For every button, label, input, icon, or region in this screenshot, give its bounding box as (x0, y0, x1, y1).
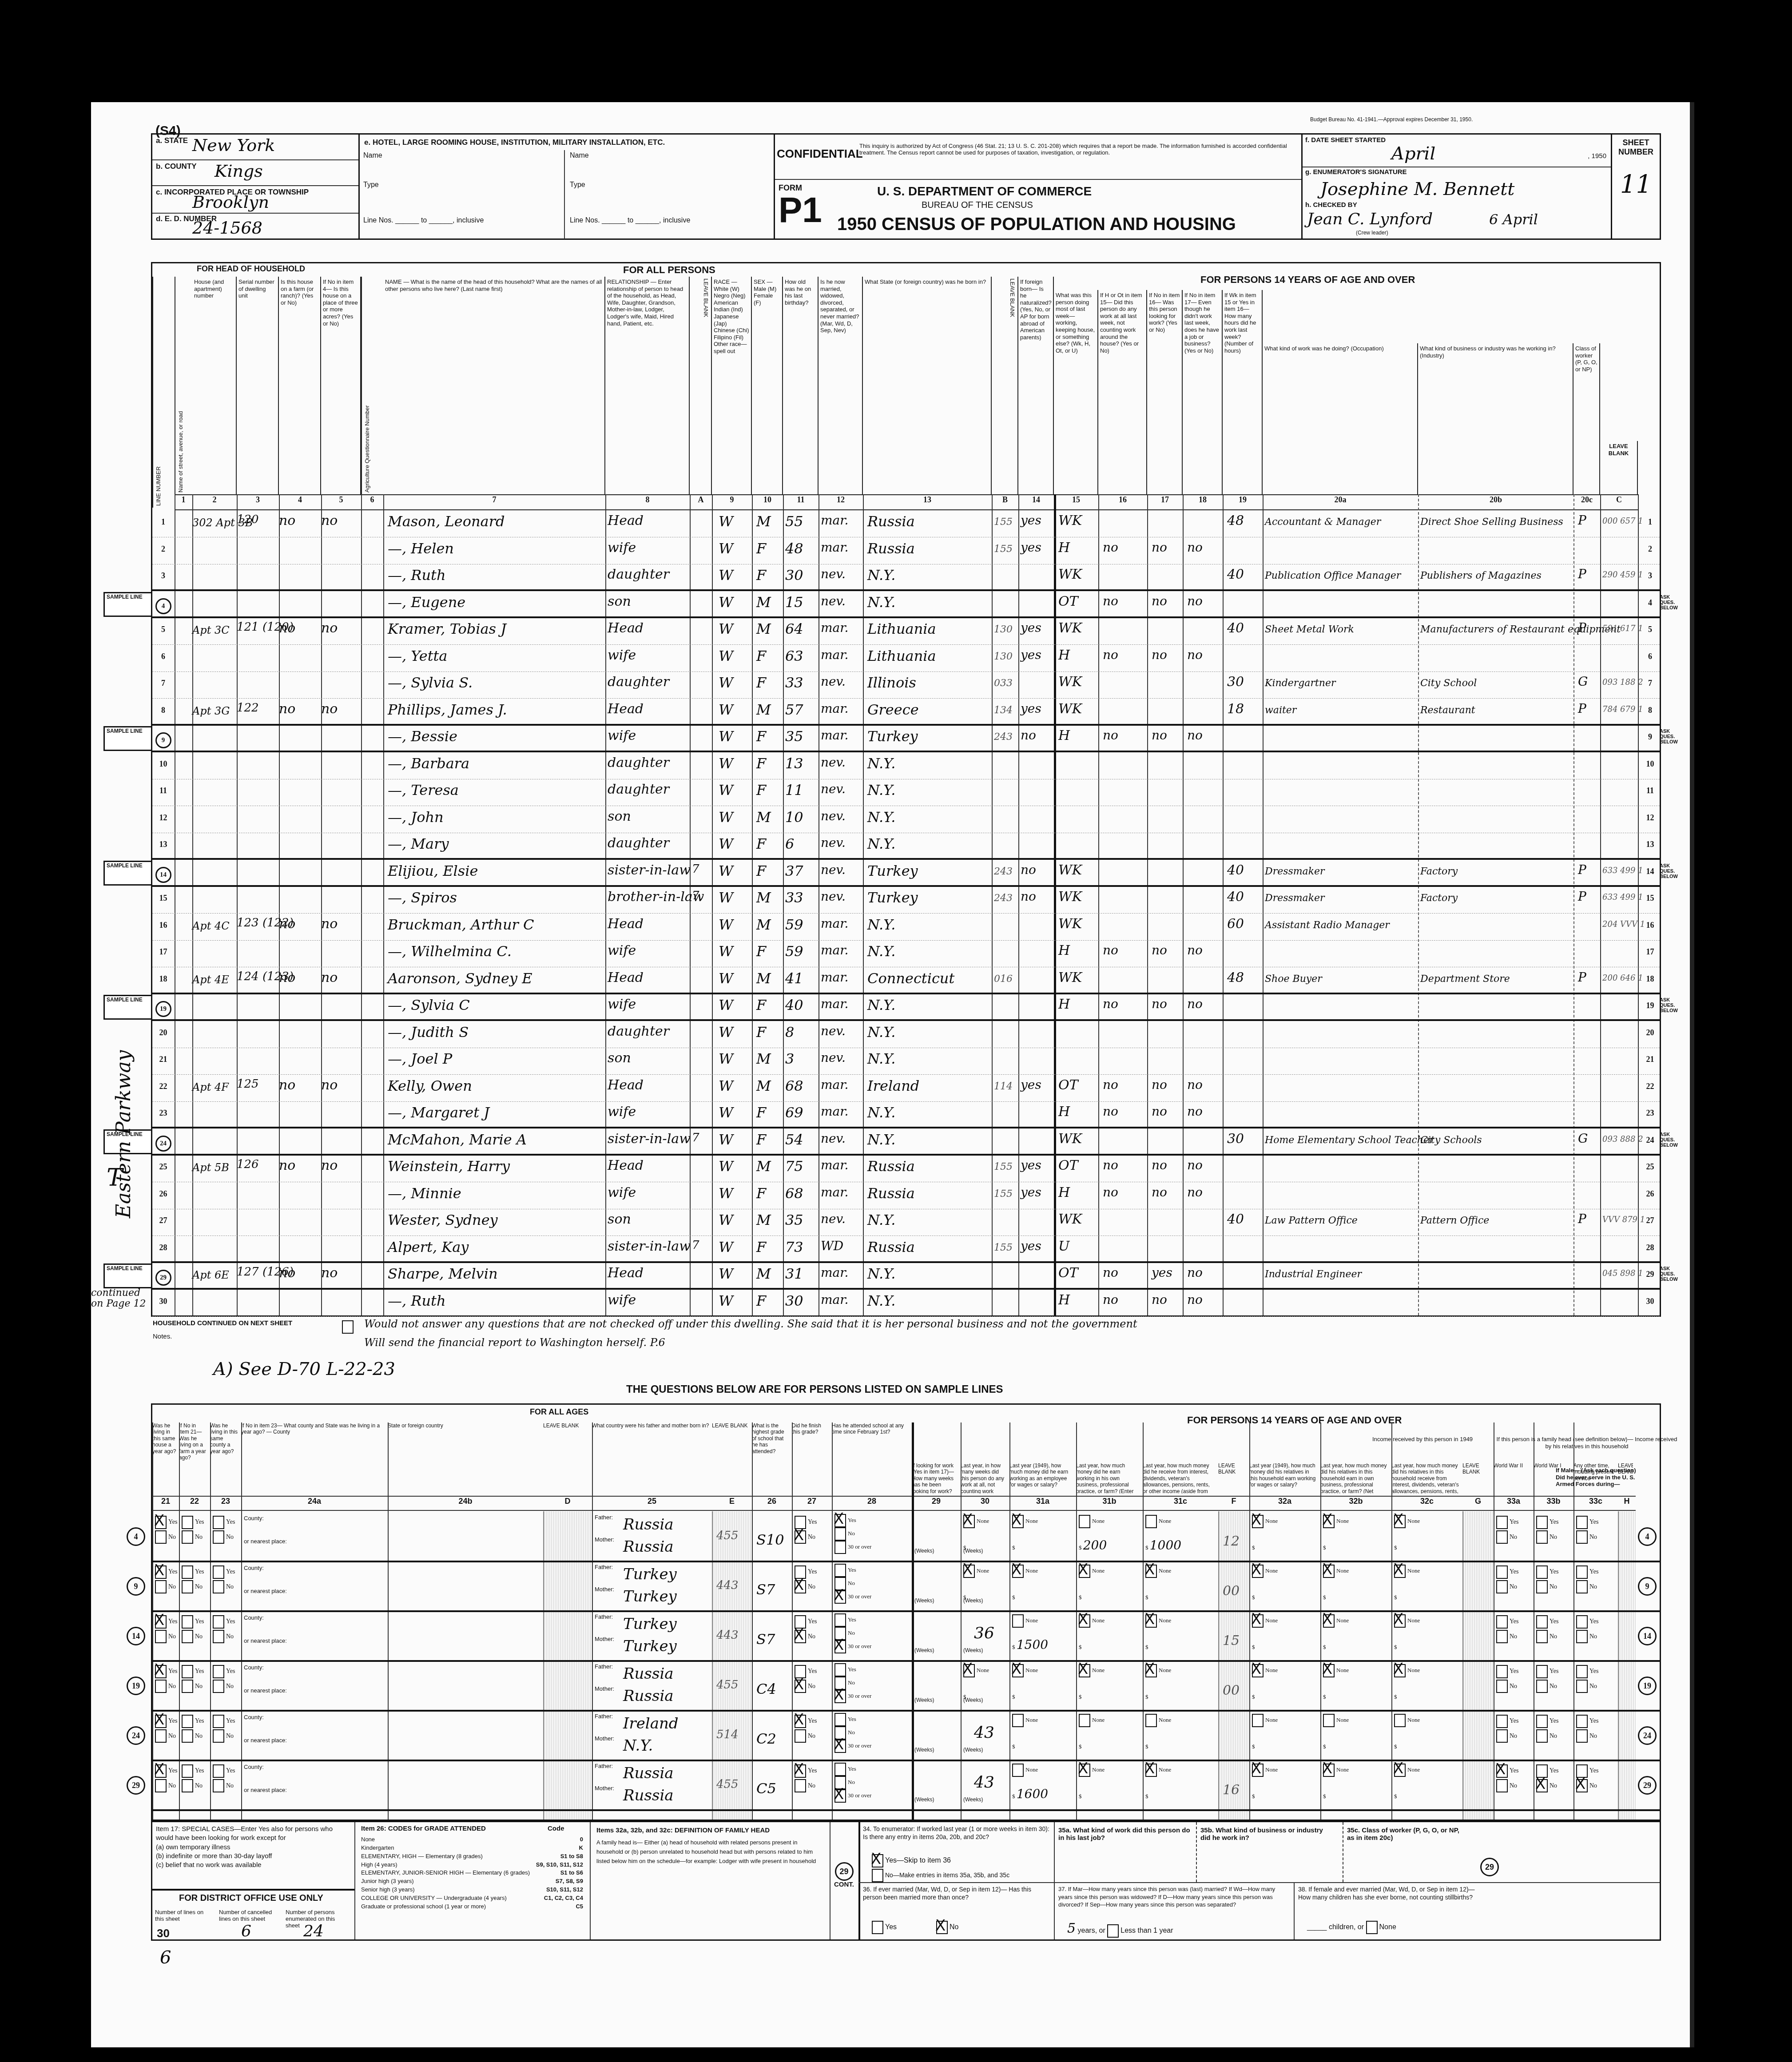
q23-no-checkbox[interactable] (213, 1779, 224, 1792)
q28-30-checkbox[interactable] (834, 1590, 846, 1604)
q21-no-checkbox[interactable] (155, 1779, 167, 1792)
q34-no-label: No—Make entries in items 35a, 35b, and 3… (885, 1871, 1009, 1879)
ask-questions-below: ASK QUES. BELOW (1660, 595, 1686, 611)
cell-sex: M (756, 1077, 771, 1094)
cell-b: 130 (994, 651, 1013, 662)
q33c: YesNo (1576, 1714, 1598, 1744)
q28-30-checkbox[interactable] (834, 1740, 846, 1753)
cell-age: 41 (785, 970, 803, 987)
cell-q16: no (1103, 1158, 1118, 1172)
q23-no-checkbox[interactable] (213, 1630, 224, 1643)
cell-q18: no (1187, 997, 1203, 1011)
nearest-place-label: or nearest place: (244, 1588, 287, 1594)
q21-yes-checkbox[interactable] (155, 1615, 167, 1629)
q27-no-checkbox[interactable] (795, 1680, 806, 1693)
q31a-none-checkbox[interactable] (1012, 1664, 1024, 1677)
q28-yes-checkbox[interactable] (834, 1663, 846, 1677)
nearest-place-label: or nearest place: (244, 1737, 287, 1744)
item17-a: (a) own temporary illness (156, 1843, 351, 1852)
no-label: No (1550, 1534, 1557, 1541)
q32b-none-checkbox[interactable] (1323, 1614, 1335, 1628)
grade-attended: C5 (756, 1780, 776, 1797)
q32a: None$ (1252, 1614, 1278, 1652)
none-label: None (1407, 1667, 1420, 1673)
q31c-none-checkbox[interactable] (1145, 1614, 1157, 1628)
q32b-none-checkbox[interactable] (1323, 1764, 1335, 1777)
q32c-none-checkbox[interactable] (1394, 1664, 1406, 1677)
margin-six: 6 (160, 1947, 171, 1968)
q33a-no-checkbox[interactable] (1496, 1680, 1508, 1693)
q31b: None$ 200 (1079, 1515, 1107, 1553)
none-label: None (1092, 1667, 1105, 1673)
q31a-none-checkbox[interactable] (1012, 1614, 1024, 1628)
sample-line-circle: 4 (127, 1527, 145, 1546)
q33c-yes-checkbox[interactable] (1576, 1565, 1588, 1579)
q27: YesNo (795, 1614, 817, 1644)
cell-sex: F (756, 1131, 766, 1148)
q32b-none-checkbox[interactable] (1323, 1664, 1335, 1677)
q33a-yes-checkbox[interactable] (1496, 1565, 1508, 1579)
q22-yes-checkbox[interactable] (182, 1665, 193, 1678)
sample-line-circle-right: 24 (1638, 1726, 1657, 1745)
q33a-yes-checkbox[interactable] (1496, 1516, 1508, 1529)
cell-hours: 48 (1227, 513, 1244, 528)
state-value: New York (192, 135, 275, 155)
q32a-none-checkbox[interactable] (1252, 1764, 1264, 1777)
yes-label: Yes (808, 1718, 817, 1724)
q32c: None$ (1394, 1565, 1420, 1602)
q31b-none-checkbox[interactable] (1079, 1764, 1090, 1777)
q32c-none-checkbox[interactable] (1394, 1515, 1406, 1528)
yes-label: Yes (195, 1569, 204, 1575)
sample-col-header-33a: World War II (1494, 1462, 1531, 1494)
mother-birthplace: N.Y. (623, 1737, 653, 1755)
q32a-none-checkbox[interactable] (1252, 1664, 1264, 1677)
cell-hours: 48 (1227, 970, 1244, 985)
line-number: 17 (153, 947, 173, 957)
cell-occupation: Publication Office Manager (1265, 570, 1401, 581)
col-15-header: What was this person doing most of last … (1054, 290, 1098, 494)
no-label: No (226, 1733, 234, 1740)
q31c-none-checkbox[interactable] (1145, 1714, 1157, 1727)
colnum-5: 5 (321, 494, 361, 510)
sample-section-title: THE QUESTIONS BELOW ARE FOR PERSONS LIST… (626, 1383, 1003, 1396)
q32b-none-checkbox[interactable] (1323, 1565, 1335, 1578)
cell-marital: WD (821, 1239, 843, 1253)
sample-col-header-32a: Last year (1949), how much money did his… (1249, 1462, 1318, 1494)
cell-race: W (719, 728, 733, 745)
line-number: 23 (153, 1108, 173, 1118)
q31b-none-checkbox[interactable] (1079, 1515, 1090, 1528)
cell-house: Apt 4E (192, 973, 229, 986)
q33c-yes-checkbox[interactable] (1576, 1516, 1588, 1529)
q32b-none-checkbox[interactable] (1323, 1515, 1335, 1528)
col-7-header: NAME — What is the name of the head of t… (383, 277, 605, 494)
cell-sex: F (756, 1239, 766, 1255)
q33b-yes-checkbox[interactable] (1536, 1565, 1548, 1579)
yes-label: Yes (1550, 1768, 1558, 1774)
q33a-yes-checkbox[interactable] (1496, 1615, 1508, 1629)
q31c-none-checkbox[interactable] (1145, 1515, 1157, 1528)
sample-colnum-26: 26 (752, 1496, 792, 1511)
cell-activity: WK (1058, 1131, 1082, 1147)
q32c-none-checkbox[interactable] (1394, 1714, 1406, 1727)
q28-30-checkbox[interactable] (834, 1690, 846, 1703)
q28-30-checkbox[interactable] (834, 1541, 846, 1554)
q22-no-checkbox[interactable] (182, 1580, 193, 1593)
q33b: YesNo (1536, 1714, 1558, 1744)
yes-label: Yes (1589, 1668, 1598, 1675)
q32a-none-checkbox[interactable] (1252, 1614, 1264, 1628)
q22-no-checkbox[interactable] (182, 1680, 193, 1693)
q31b-none-checkbox[interactable] (1079, 1565, 1090, 1578)
cell-q16: no (1103, 1104, 1118, 1119)
q21-yes-checkbox[interactable] (155, 1665, 167, 1678)
q22-yes-checkbox[interactable] (182, 1764, 193, 1778)
sample-col-header-22: If No in item 21— Was he living on a far… (179, 1422, 207, 1494)
yes-label: Yes (195, 1768, 204, 1774)
q22-no-checkbox[interactable] (182, 1779, 193, 1792)
cont-marker: 29 CONT. (834, 1862, 854, 1888)
q27-no-checkbox[interactable] (795, 1530, 806, 1544)
q23-yes-checkbox[interactable] (213, 1615, 224, 1629)
yes-label: Yes (226, 1618, 235, 1625)
cell-marital: nev. (821, 809, 846, 823)
q22-yes-checkbox[interactable] (182, 1565, 193, 1579)
q22-yes-checkbox[interactable] (182, 1715, 193, 1728)
q28-yes-checkbox[interactable] (834, 1514, 846, 1527)
line-number: 11 (153, 786, 173, 795)
budget-bureau-note: Budget Bureau No. 41-1941.—Approval expi… (1310, 116, 1473, 123)
cell-marital: nev. (821, 1050, 846, 1065)
sample-colnum-32b: 32b (1320, 1496, 1391, 1511)
q33a-no-checkbox[interactable] (1496, 1530, 1508, 1544)
q33c-yes-checkbox[interactable] (1576, 1715, 1588, 1728)
q27-no-checkbox[interactable] (795, 1729, 806, 1743)
nearest-place-label: or nearest place: (244, 1787, 287, 1793)
q31c-none-checkbox[interactable] (1145, 1764, 1157, 1777)
cell-sex: F (756, 674, 766, 691)
mother-birthplace: Turkey (623, 1588, 677, 1605)
q33c-no-checkbox[interactable] (1576, 1729, 1588, 1743)
q35b-text: 35b. What kind of business or industry d… (1200, 1827, 1334, 1842)
q33a-no-checkbox[interactable] (1496, 1779, 1508, 1792)
sample-line-circle: 19 (127, 1677, 145, 1695)
cell-name: —, Ruth (388, 1292, 446, 1309)
cell-rel: Head (608, 620, 644, 636)
q21-no-checkbox[interactable] (155, 1530, 167, 1544)
q33b: YesNo (1536, 1764, 1558, 1793)
cell-sex: F (756, 648, 766, 664)
none-label: None (1025, 1667, 1038, 1673)
q31a-none-checkbox[interactable] (1012, 1714, 1024, 1727)
q33c-no-checkbox[interactable] (1576, 1630, 1588, 1643)
dollar-sign: $ (1145, 1693, 1148, 1700)
q33b-yes-checkbox[interactable] (1536, 1665, 1548, 1678)
line-number: 10 (153, 759, 173, 769)
col-3-header: Serial number of dwelling unit (237, 277, 279, 494)
q36-yes-checkbox[interactable] (872, 1921, 883, 1934)
q21-no-checkbox[interactable] (155, 1729, 167, 1743)
q33b-yes-checkbox[interactable] (1536, 1715, 1548, 1728)
person-row: 1414SAMPLE LINEASK QUES. BELOWElijiou, E… (152, 860, 1660, 887)
cell-class: P (1578, 513, 1586, 528)
cell-age: 55 (785, 513, 803, 530)
q33a-yes-checkbox[interactable] (1496, 1665, 1508, 1678)
father-birthplace: Russia (623, 1764, 674, 1782)
cell-nat: yes (1021, 1077, 1041, 1092)
cell-class: P (1578, 1212, 1586, 1226)
code-e: 455 (716, 1778, 739, 1791)
q21-yes-checkbox[interactable] (155, 1516, 167, 1529)
q33b-no-checkbox[interactable] (1536, 1630, 1548, 1643)
dollar-sign: $ (1323, 1644, 1326, 1650)
cell-activity: OT (1058, 594, 1078, 609)
yes-label: Yes (226, 1519, 235, 1526)
sample-colnum-28: 28 (832, 1496, 912, 1511)
q33c-yes-checkbox[interactable] (1576, 1665, 1588, 1678)
q23-yes-checkbox[interactable] (213, 1665, 224, 1678)
cell-race: W (719, 1185, 733, 1202)
county-label: County: (244, 1714, 264, 1720)
q33c-no-checkbox[interactable] (1576, 1779, 1588, 1792)
cell-class: P (1578, 701, 1586, 716)
inst-name-label-1: Name (363, 152, 382, 160)
none-label: None (1407, 1518, 1420, 1524)
grade-attended: C2 (756, 1730, 776, 1747)
q31a-none-checkbox[interactable] (1012, 1515, 1024, 1528)
q27-yes-checkbox[interactable] (795, 1764, 806, 1778)
dollar-sign: $ (1145, 1743, 1148, 1750)
cell-c: 591 617 1 (1602, 624, 1640, 633)
q31c: None$ (1145, 1764, 1171, 1801)
q31a-none-checkbox[interactable] (1012, 1565, 1024, 1578)
q34-yes-checkbox[interactable] (872, 1854, 883, 1867)
q32b-none-checkbox[interactable] (1323, 1714, 1335, 1727)
q33a-yes-checkbox[interactable] (1496, 1715, 1508, 1728)
yes-label: Yes (195, 1519, 204, 1526)
q33c-no-checkbox[interactable] (1576, 1580, 1588, 1593)
yes-label: Yes (808, 1768, 817, 1774)
cell-name: —, Barbara (388, 755, 469, 772)
q37-less-checkbox[interactable] (1107, 1924, 1119, 1938)
cell-q18: no (1187, 1158, 1203, 1172)
q28-yes-checkbox[interactable] (834, 1713, 846, 1726)
q23-no-checkbox[interactable] (213, 1680, 224, 1693)
q22: YesNo (182, 1614, 204, 1644)
mother-birthplace: Turkey (623, 1637, 677, 1655)
q32c-none-checkbox[interactable] (1394, 1614, 1406, 1628)
cell-hours: 40 (1227, 620, 1244, 636)
q23-yes-checkbox[interactable] (213, 1565, 224, 1579)
q33a-no-checkbox[interactable] (1496, 1729, 1508, 1743)
q33c-no-checkbox[interactable] (1576, 1530, 1588, 1544)
q21-no-checkbox[interactable] (155, 1680, 167, 1693)
q32c-none-checkbox[interactable] (1394, 1764, 1406, 1777)
q32c: None$ (1394, 1714, 1420, 1752)
mother-birthplace: Russia (623, 1787, 674, 1804)
grade-code-label: High (4 years) (361, 1861, 397, 1869)
q33a-no-checkbox[interactable] (1496, 1580, 1508, 1593)
q28-no-checkbox[interactable] (834, 1527, 846, 1541)
cell-b: 016 (994, 973, 1013, 985)
q33c: YesNo (1576, 1565, 1598, 1594)
q23-yes-checkbox[interactable] (213, 1764, 224, 1778)
county-label: County: (244, 1764, 264, 1770)
cell-name: —, Judith S (388, 1024, 469, 1041)
cell-q17: no (1152, 1077, 1167, 1092)
household-continued-checkbox[interactable] (342, 1320, 354, 1334)
q33b-no-checkbox[interactable] (1536, 1729, 1548, 1743)
q31b-none-checkbox[interactable] (1079, 1664, 1090, 1677)
q22-yes-checkbox[interactable] (182, 1615, 193, 1629)
q31b-none-checkbox[interactable] (1079, 1714, 1090, 1727)
q21-yes-checkbox[interactable] (155, 1764, 167, 1778)
q33a-no-checkbox[interactable] (1496, 1630, 1508, 1643)
q23-yes-checkbox[interactable] (213, 1516, 224, 1529)
q32c-none-checkbox[interactable] (1394, 1565, 1406, 1578)
q27-no-checkbox[interactable] (795, 1580, 806, 1593)
q23-yes-checkbox[interactable] (213, 1715, 224, 1728)
q30: None$ (963, 1664, 989, 1702)
q36-no-checkbox[interactable] (936, 1921, 948, 1934)
person-row: 22—, HelenwifeWF48mar.Russia155yesHnonon… (152, 537, 1660, 564)
father-label: Father: (595, 1613, 613, 1620)
q31c-none-checkbox[interactable] (1145, 1565, 1157, 1578)
line-number-right: 15 (1640, 894, 1660, 903)
cell-name: —, Sylvia S. (388, 674, 473, 691)
q33b-yes-checkbox[interactable] (1536, 1615, 1548, 1629)
cell-sex: F (756, 728, 766, 745)
q23-no-checkbox[interactable] (213, 1530, 224, 1544)
q34-no-row: No—Make entries in items 35a, 35b, and 3… (872, 1869, 1009, 1882)
q28-yes-checkbox[interactable] (834, 1613, 846, 1627)
q28-30-checkbox[interactable] (834, 1789, 846, 1803)
sample-colnum-33a: 33a (1494, 1496, 1534, 1511)
q31b: None$ (1079, 1565, 1105, 1602)
cell-house: Apt 3G (192, 705, 230, 717)
q33b-no-checkbox[interactable] (1536, 1779, 1548, 1792)
sample-colnum-32a: 32a (1249, 1496, 1320, 1511)
q21-yes-checkbox[interactable] (155, 1715, 167, 1728)
dollar-sign: $ (1079, 1544, 1082, 1551)
q22: YesNo (182, 1664, 204, 1694)
cell-q16: no (1103, 1265, 1118, 1280)
q31c-none-checkbox[interactable] (1145, 1664, 1157, 1677)
q33b-yes-checkbox[interactable] (1536, 1516, 1548, 1529)
cell-class: G (1578, 674, 1588, 689)
q23-no-checkbox[interactable] (213, 1729, 224, 1743)
q21-no-checkbox[interactable] (155, 1580, 167, 1593)
q22-no-checkbox[interactable] (182, 1630, 193, 1643)
no-label: No (808, 1633, 815, 1640)
dollar-sign: $ (1012, 1693, 1015, 1700)
q33b-no-checkbox[interactable] (1536, 1580, 1548, 1593)
q27-yes-checkbox[interactable] (795, 1715, 806, 1728)
col-6-header: Agriculture Questionnaire Number (361, 277, 383, 494)
cell-class: G (1578, 1131, 1588, 1146)
cell-birthplace: N.Y. (867, 943, 895, 960)
code-e: 514 (716, 1728, 739, 1741)
q31b: None$ (1079, 1664, 1105, 1702)
line-number-right: 6 (1640, 652, 1660, 661)
person-row: 2222Apt 4F125nonoKelly, OwenHeadWM68mar.… (152, 1075, 1660, 1102)
q33c-yes-checkbox[interactable] (1576, 1615, 1588, 1629)
q22-no-checkbox[interactable] (182, 1530, 193, 1544)
q21-yes-checkbox[interactable] (155, 1565, 167, 1579)
q28-yes-checkbox[interactable] (834, 1763, 846, 1776)
q32a-none-checkbox[interactable] (1252, 1565, 1264, 1578)
q32a-none-checkbox[interactable] (1252, 1714, 1264, 1727)
q23-no-checkbox[interactable] (213, 1580, 224, 1593)
q27-no-checkbox[interactable] (795, 1630, 806, 1643)
cell-activity: WK (1058, 916, 1082, 932)
line-number-right: 23 (1640, 1108, 1660, 1118)
nearest-place-label: or nearest place: (244, 1637, 287, 1644)
none-label: None (1159, 1716, 1171, 1723)
cell-sex: M (756, 809, 771, 826)
sample-col-header-H: LEAVE BLANK (1618, 1462, 1633, 1494)
q27-no-checkbox[interactable] (795, 1779, 806, 1792)
q33b: YesNo (1536, 1664, 1558, 1694)
q33c-no-checkbox[interactable] (1576, 1680, 1588, 1693)
line-number: 3 (153, 571, 173, 580)
cell-c: 633 499 1 (1602, 866, 1640, 875)
yes-label: Yes (1589, 1569, 1598, 1575)
cell-activity: OT (1058, 1077, 1078, 1093)
code-f: 00 (1223, 1683, 1240, 1698)
cell-age: 68 (785, 1185, 803, 1202)
q33b-no-checkbox[interactable] (1536, 1680, 1548, 1693)
q30-none-checkbox[interactable] (963, 1515, 975, 1528)
county-label: b. COUNTY (156, 162, 197, 171)
q38-none-checkbox[interactable] (1366, 1921, 1378, 1934)
none-label: None (1265, 1667, 1278, 1673)
none-label: None (1336, 1667, 1349, 1673)
q33b-no-checkbox[interactable] (1536, 1530, 1548, 1544)
cell-farm: no (279, 1265, 295, 1281)
q33c: YesNo (1576, 1664, 1598, 1694)
cell-birthplace: Russia (867, 1185, 915, 1202)
sample-col-header-21: Was he living in this same house a year … (152, 1422, 176, 1494)
q34-no-checkbox[interactable] (872, 1869, 883, 1882)
q30-none-checkbox[interactable] (963, 1664, 975, 1677)
q21-no-checkbox[interactable] (155, 1630, 167, 1643)
none-label: None (1025, 1716, 1038, 1723)
yes-label: Yes (1550, 1668, 1558, 1675)
cell-name: —, Helen (388, 540, 454, 557)
q37-text: 37. If Mar—How many years since this per… (1058, 1885, 1289, 1909)
cell-activity: WK (1058, 513, 1082, 528)
col-10-header: SEX — Male (M) Female (F) (752, 277, 783, 494)
grade-code-row: High (4 years)S9, S10, S11, S12 (361, 1861, 583, 1869)
cell-acres: no (321, 701, 338, 717)
q32a-none-checkbox[interactable] (1252, 1515, 1264, 1528)
sample-colnum-33b: 33b (1534, 1496, 1573, 1511)
q33a-yes-checkbox[interactable] (1496, 1764, 1508, 1778)
q31b-none-checkbox[interactable] (1079, 1614, 1090, 1628)
q22-yes-checkbox[interactable] (182, 1516, 193, 1529)
dollar-sign: $ (1252, 1743, 1255, 1750)
q30-none-checkbox[interactable] (963, 1565, 975, 1578)
code-f: 16 (1223, 1782, 1240, 1798)
q32a: None$ (1252, 1764, 1278, 1801)
person-row: 2929SAMPLE LINEASK QUES. BELOWApt 6E127 … (152, 1263, 1660, 1290)
q28-yes-checkbox[interactable] (834, 1564, 846, 1577)
q22-no-checkbox[interactable] (182, 1729, 193, 1743)
q28-30-checkbox[interactable] (834, 1640, 846, 1653)
q31a-none-checkbox[interactable] (1012, 1764, 1024, 1777)
